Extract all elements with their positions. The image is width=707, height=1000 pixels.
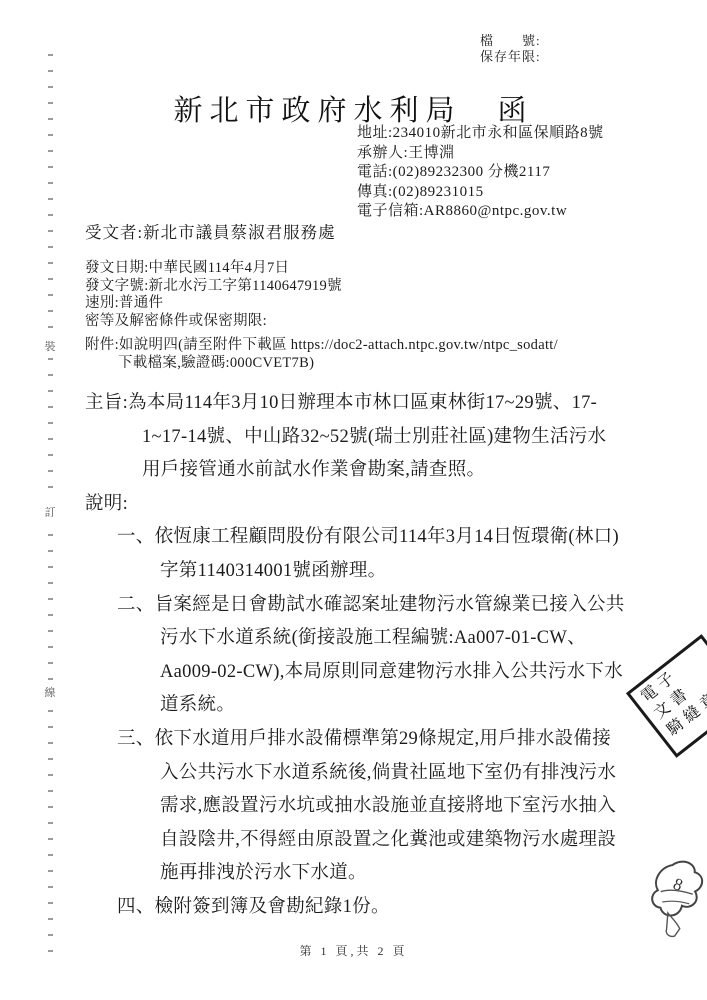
body-line: 施再排洩於污水下水道。 xyxy=(160,857,685,891)
meta-line: 速別:普通件 xyxy=(85,295,558,313)
body-line: 四、檢附簽到簿及會勘紀錄1份。 xyxy=(117,891,685,925)
contact-line: 電話:(02)89232300 分機2117 xyxy=(357,163,604,183)
page-number-footer: 第 1 頁,共 2 頁 xyxy=(0,942,707,959)
contact-line: 承辦人:王博淵 xyxy=(357,144,604,164)
body-line: 說明: xyxy=(85,488,685,522)
document-meta-block: 發文日期:中華民國114年4月7日發文字號:新北水污工字第1140647919號… xyxy=(85,260,558,372)
body-line: 需求,應設置污水坑或抽水設施並直接將地下室污水抽入 xyxy=(160,790,685,824)
meta-line: 下載檔案,驗證碼:000CVET7B) xyxy=(118,355,558,373)
file-number-label: 檔 號: xyxy=(480,33,541,49)
body-line: 主旨:為本局114年3月10日辦理本市林口區東林街17~29號、17- xyxy=(85,387,685,421)
seal-outline-graphic: 8 xyxy=(646,852,707,944)
embossed-seal: 8 xyxy=(646,852,707,949)
body-line: 二、旨案經是日會勘試水確認案址建物污水管線業已接入公共 xyxy=(117,589,685,623)
sender-contact-block: 地址:234010新北市永和區保順路8號承辦人:王博淵電話:(02)892323… xyxy=(357,124,604,222)
body-line: 一、依恆康工程顧問股份有限公司114年3月14日恆環衛(林口) xyxy=(117,521,685,555)
document-page: 裝 訂 線 檔 號: 保存年限: 新北市政府水利局 函 地址:234010新北市… xyxy=(0,0,707,1000)
meta-line: 發文日期:中華民國114年4月7日 xyxy=(85,260,558,278)
retention-period-label: 保存年限: xyxy=(480,49,541,65)
meta-line: 密等及解密條件或保密期限: xyxy=(85,313,558,331)
document-body: 主旨:為本局114年3月10日辦理本市林口區東林街17~29號、17-1~17-… xyxy=(85,387,685,925)
body-line: 入公共污水下水道系統後,倘貴社區地下室仍有排洩污水 xyxy=(160,757,685,791)
body-line: 自設陰井,不得經由原設置之化糞池或建築物污水處理設 xyxy=(160,824,685,858)
document-title: 新北市政府水利局 函 xyxy=(0,88,707,129)
body-line: 道系統。 xyxy=(160,689,685,723)
binding-mark-zhuang: 裝 xyxy=(41,336,59,356)
meta-line: 發文字號:新北水污工字第1140647919號 xyxy=(85,278,558,296)
binding-mark-ding: 訂 xyxy=(41,502,59,522)
body-line: 三、依下水道用戶排水設備標準第29條規定,用戶排水設備接 xyxy=(117,723,685,757)
binding-mark-xian: 線 xyxy=(41,682,59,702)
contact-line: 地址:234010新北市永和區保順路8號 xyxy=(357,124,604,144)
meta-line: 附件:如說明四(請至附件下載區 https://doc2-attach.ntpc… xyxy=(85,337,558,355)
contact-line: 電子信箱:AR8860@ntpc.gov.tw xyxy=(357,202,604,222)
contact-line: 傳真:(02)89231015 xyxy=(357,183,604,203)
body-line: 1~17-14號、中山路32~52號(瑞士別莊社區)建物生活污水 xyxy=(142,421,685,455)
recipient-line: 受文者:新北市議員蔡淑君服務處 xyxy=(85,219,336,243)
body-line: Aa009-02-CW),本局原則同意建物污水排入公共污水下水 xyxy=(160,656,685,690)
body-line: 污水下水道系統(銜接設施工程編號:Aa007-01-CW、 xyxy=(160,622,685,656)
body-line: 用戶接管通水前試水作業會勘案,請查照。 xyxy=(142,454,685,488)
body-line: 字第1140314001號函辦理。 xyxy=(160,555,685,589)
file-number-block: 檔 號: 保存年限: xyxy=(480,33,541,64)
